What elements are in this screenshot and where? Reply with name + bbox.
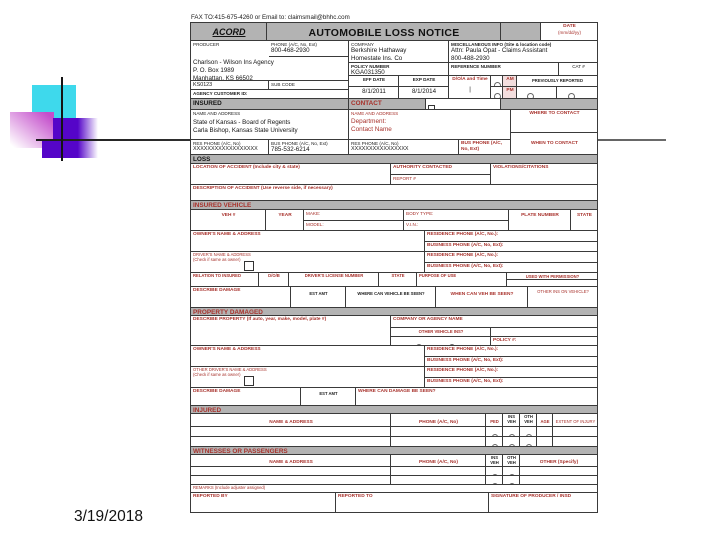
driver-res-phone-cell[interactable]: RESIDENCE PHONE (A/C, No.): xyxy=(425,252,598,263)
injured-row1-phone[interactable] xyxy=(391,427,486,437)
witness-name-header: NAME & ADDRESS xyxy=(191,455,391,467)
am-radio-cell[interactable] xyxy=(491,76,503,87)
veh-est-amt-label: EST AMT xyxy=(293,288,344,297)
where-vehicle-seen-cell[interactable]: WHERE CAN VEHICLE BE SEEN? xyxy=(346,287,436,308)
loss-location-label: LOCATION OF ACCIDENT (Include city & sta… xyxy=(193,165,389,171)
driver-res-phone-label: RESIDENCE PHONE (A/C, No.): xyxy=(427,253,596,259)
injured-row2-phone[interactable] xyxy=(391,437,486,447)
injured-extent-header: EXTENT OF INJURY xyxy=(553,414,598,427)
property-owner-bus-label: BUSINESS PHONE (A/C, No, Ext): xyxy=(427,358,596,364)
veh-year-label: YEAR xyxy=(268,211,302,219)
reported-by-label: REPORTED BY xyxy=(193,494,334,500)
accident-description-cell[interactable]: DESCRIPTION OF ACCIDENT (Use reverse sid… xyxy=(191,185,598,201)
misc-line2: 800-488-2930 xyxy=(451,55,596,63)
veh-driver-check-note: (Check if same as owner) xyxy=(193,258,423,263)
injured-row1-insveh[interactable] xyxy=(503,427,520,437)
veh-number-cell[interactable]: VEH # xyxy=(191,210,266,231)
veh-state-label: STATE xyxy=(573,211,596,219)
misc-info-cell[interactable]: MISCELLANEOUS INFO (Site & location code… xyxy=(449,41,598,63)
contact-bus-phone-label: BUS PHONE (A/C, No, Ext) xyxy=(461,141,509,152)
header-gray-stub xyxy=(501,23,541,41)
witness-row1-othveh[interactable] xyxy=(503,467,520,476)
dob-label: D/O/B xyxy=(261,274,287,279)
where-to-contact-label: WHERE TO CONTACT xyxy=(513,111,596,117)
witness-insveh-header: INS VEH xyxy=(486,455,503,467)
reference-number-label: REFERENCE NUMBER xyxy=(451,64,557,69)
witness-row2-phone[interactable] xyxy=(391,476,486,485)
witness-row2-other[interactable] xyxy=(520,476,598,485)
veh-plate-cell[interactable]: PLATE NUMBER xyxy=(509,210,571,231)
property-section-label: PROPERTY DAMAGED xyxy=(193,309,596,316)
where-damage-seen-cell[interactable]: WHERE CAN DAMAGE BE SEEN? xyxy=(356,388,598,406)
report-number-cell[interactable]: REPORT # xyxy=(391,175,491,185)
veh-est-amt-cell[interactable]: EST AMT xyxy=(291,287,346,308)
injured-row1-name[interactable] xyxy=(191,427,391,437)
doa-time-value: | xyxy=(451,86,489,94)
when-to-contact-label: WHEN TO CONTACT xyxy=(513,134,596,147)
presentation-slide: FAX TO:415-675-4260 or Email to: claimsm… xyxy=(0,0,720,540)
contact-section-label: CONTACT xyxy=(351,100,424,108)
witness-row1-other[interactable] xyxy=(520,467,598,476)
insured-res-phone-value: XXXXXXXXXXXXXXXXXX xyxy=(193,146,267,154)
eff-date-value: 8/1/2011 xyxy=(351,88,397,96)
veh-owner-cell[interactable]: OWNER'S NAME & ADDRESS xyxy=(191,231,425,252)
license-number-cell[interactable]: DRIVER'S LICENSE NUMBER xyxy=(289,273,379,287)
permission-label-cell: USED WITH PERMISSION? xyxy=(507,273,598,280)
insured-name-label: NAME AND ADDRESS xyxy=(193,111,347,116)
date-box[interactable]: DATE (mm/dd/yy) xyxy=(541,23,598,41)
witness-other-header: OTHER (Specify) xyxy=(520,455,598,467)
witness-row2-othveh[interactable] xyxy=(503,476,520,485)
other-driver-bus-label: BUSINESS PHONE (A/C, No, Ext): xyxy=(427,379,596,385)
veh-model-label: MODEL: xyxy=(306,222,402,227)
injured-row2-othveh[interactable] xyxy=(520,437,537,447)
contact-name-label: NAME AND ADDRESS xyxy=(351,111,509,116)
relation-label: RELATION TO INSURED xyxy=(193,274,257,279)
purpose-of-use-label: PURPOSE OF USE xyxy=(419,274,505,279)
witness-othveh-header: OTH VEH xyxy=(503,455,520,467)
policy-number-value: KGA031350 xyxy=(351,69,447,76)
previously-reported-cell: PREVIOUSLY REPORTED xyxy=(517,76,598,87)
policy-number-cell[interactable]: POLICY NUMBER KGA031350 xyxy=(349,63,449,76)
subcode-cell[interactable]: SUB CODE xyxy=(269,81,349,90)
remarks-label: REMARKS (Include adjuster assigned) xyxy=(193,486,596,491)
injured-row2-insveh[interactable] xyxy=(503,437,520,447)
other-driver-bus-cell[interactable]: BUSINESS PHONE (A/C, No, Ext): xyxy=(425,378,598,388)
prev-reported-yes-cell[interactable]: YES xyxy=(517,87,557,99)
decor-purple-notch xyxy=(42,141,54,158)
other-vehicle-ins-cell: OTHER VEHICLE INS? xyxy=(391,328,491,337)
insured-line1: State of Kansas - Board of Regents xyxy=(193,119,347,127)
agency-customer-id-label: AGENCY CUSTOMER ID: xyxy=(193,91,347,96)
property-owner-cell[interactable]: OWNER'S NAME & ADDRESS xyxy=(191,346,425,367)
accident-description-label: DESCRIPTION OF ACCIDENT (Use reverse sid… xyxy=(193,186,596,192)
code-cell[interactable]: KS0123 xyxy=(191,81,269,90)
violations-cell[interactable]: VIOLATIONS/CITATIONS xyxy=(491,164,598,185)
where-damage-seen-label: WHERE CAN DAMAGE BE SEEN? xyxy=(358,389,596,395)
property-owner-res-label: RESIDENCE PHONE (A/C, No.): xyxy=(427,347,596,353)
relation-cell[interactable]: RELATION TO INSURED xyxy=(191,273,259,287)
contact-line1: Department: xyxy=(351,118,509,126)
insured-section-bar: INSURED xyxy=(191,99,349,110)
same-as-insured-cell[interactable]: SAME AS INSURED xyxy=(426,99,501,110)
veh-owner-label: OWNER'S NAME & ADDRESS xyxy=(193,232,423,238)
loss-section-label: LOSS xyxy=(193,156,596,163)
reference-number-cell[interactable]: REFERENCE NUMBER xyxy=(449,63,559,76)
injured-row1-age[interactable] xyxy=(537,427,553,437)
witnesses-section-bar: WITNESSES OR PASSENGERS xyxy=(191,447,598,455)
reported-to-cell[interactable]: REPORTED TO xyxy=(336,493,489,513)
eff-date-value-cell[interactable]: 8/1/2011 xyxy=(349,87,399,99)
contact-res-phone-cell[interactable]: RES PHONE (A/C, No) XXXXXXXXXXXXXXXX xyxy=(349,140,459,155)
property-est-amt-cell[interactable]: EST AMT xyxy=(301,388,356,406)
am-label: AM xyxy=(505,77,515,83)
producer-phone-cell[interactable]: PHONE (A/C, No, Ext) 800-468-2930 xyxy=(269,41,349,57)
company-line1: Berkshire Hathaway xyxy=(351,47,447,55)
other-ins-vehicle-label: OTHER INS ON VEHICLE? xyxy=(530,288,596,295)
injured-age-label: AGE xyxy=(539,415,551,425)
exp-date-value: 8/1/2014 xyxy=(401,88,447,96)
injured-phone-header: PHONE (A/C, No) xyxy=(391,414,486,427)
subcode-label: SUB CODE xyxy=(271,82,347,87)
where-to-contact-cell[interactable]: WHERE TO CONTACT xyxy=(511,110,598,133)
witness-row1-insveh[interactable] xyxy=(486,467,503,476)
other-driver-same-owner-checkbox[interactable] xyxy=(244,376,254,386)
agency-customer-id-cell[interactable]: AGENCY CUSTOMER ID: xyxy=(191,90,349,99)
injured-row2-ped[interactable] xyxy=(486,437,503,447)
contact-bus-phone-cell[interactable]: BUS PHONE (A/C, No, Ext) xyxy=(459,140,511,155)
witness-phone-label: PHONE (A/C, No) xyxy=(393,456,484,466)
witness-phone-header: PHONE (A/C, No) xyxy=(391,455,486,467)
witness-row1-phone[interactable] xyxy=(391,467,486,476)
injured-insveh-header: INS VEH xyxy=(503,414,520,427)
form-title: AUTOMOBILE LOSS NOTICE xyxy=(269,24,499,39)
driver-same-owner-checkbox[interactable] xyxy=(244,261,254,271)
signature-label: SIGNATURE OF PRODUCER / INSD xyxy=(491,494,596,500)
insured-line2: Carla Bishop, Kansas State University xyxy=(193,127,347,135)
witness-name-label: NAME & ADDRESS xyxy=(193,456,389,466)
permission-yn-cell[interactable]: YES NO xyxy=(507,280,598,287)
witness-other-label: OTHER (Specify) xyxy=(522,456,596,466)
company-cell[interactable]: COMPANY Berkshire Hathaway Homestate Ins… xyxy=(349,41,449,63)
other-driver-res-cell[interactable]: RESIDENCE PHONE (A/C, No.): xyxy=(425,367,598,378)
injured-section-bar: INJURED xyxy=(191,406,598,414)
veh-damage-cell[interactable]: DESCRIBE DAMAGE xyxy=(191,287,291,308)
reported-to-label: REPORTED TO xyxy=(338,494,487,500)
loss-location-cell[interactable]: LOCATION OF ACCIDENT (Include city & sta… xyxy=(191,164,391,185)
injured-phone-label: PHONE (A/C, No) xyxy=(393,415,484,426)
violations-label: VIOLATIONS/CITATIONS xyxy=(493,165,596,171)
other-driver-res-label: RESIDENCE PHONE (A/C, No.): xyxy=(427,368,596,374)
veh-plate-label: PLATE NUMBER xyxy=(511,211,569,219)
property-policy-cell[interactable]: POLICY #: xyxy=(491,337,598,346)
signature-cell[interactable]: SIGNATURE OF PRODUCER / INSD xyxy=(489,493,598,513)
witness-insveh-label: INS VEH xyxy=(488,456,501,466)
other-vehicle-ins-label: OTHER VEHICLE INS? xyxy=(393,329,489,335)
veh-vin-cell[interactable]: V.I.N.: xyxy=(404,221,509,231)
purpose-of-use-cell[interactable]: PURPOSE OF USE xyxy=(417,273,507,287)
witness-row1-name[interactable] xyxy=(191,467,391,476)
loss-section-bar: LOSS xyxy=(191,155,598,164)
veh-make-label: MAKE: xyxy=(306,211,402,216)
other-ins-vehicle-cell[interactable]: OTHER INS ON VEHICLE? xyxy=(528,287,598,308)
pm-label: PM xyxy=(505,88,515,94)
eff-date-label: EFF DATE xyxy=(351,77,397,82)
owner-bus-phone-label: BUSINESS PHONE (A/C, No, Ext): xyxy=(427,243,596,249)
other-vehicle-ins-yn-cell[interactable]: YES NO xyxy=(391,337,491,346)
injured-insveh-label: INS VEH xyxy=(505,415,518,425)
decor-purple-square xyxy=(53,118,98,158)
am-label-cell: AM xyxy=(503,76,517,87)
authority-contacted-cell[interactable]: AUTHORITY CONTACTED xyxy=(391,164,491,175)
when-to-contact-cell[interactable]: WHEN TO CONTACT xyxy=(511,133,598,155)
injured-othveh-header: OTH VEH xyxy=(520,414,537,427)
insured-bus-phone-value: 785-532-6214 xyxy=(271,146,347,154)
prev-reported-no-cell[interactable]: NO xyxy=(557,87,598,99)
license-state-label: STATE xyxy=(381,274,415,279)
contact-res-phone-value: XXXXXXXXXXXXXXXX xyxy=(351,146,457,154)
injured-name-label: NAME & ADDRESS xyxy=(193,415,389,426)
owner-res-phone-label: RESIDENCE PHONE (A/C, No.): xyxy=(427,232,596,238)
contact-bar-filler xyxy=(501,99,598,110)
veh-model-cell[interactable]: MODEL: xyxy=(304,221,404,231)
injured-age-header: AGE xyxy=(537,414,553,427)
veh-number-label: VEH # xyxy=(193,211,264,219)
veh-body-cell[interactable]: BODY TYPE: xyxy=(404,210,509,221)
property-owner-label: OWNER'S NAME & ADDRESS xyxy=(193,347,423,353)
permission-label: USED WITH PERMISSION? xyxy=(509,274,596,279)
insured-section-label: INSURED xyxy=(193,100,347,108)
injured-row2-extent[interactable] xyxy=(553,437,598,447)
describe-property-cell[interactable]: DESCRIBE PROPERTY (If auto, year, make, … xyxy=(191,316,391,346)
decor-vertical-line xyxy=(61,77,63,161)
veh-damage-label: DESCRIBE DAMAGE xyxy=(193,288,289,294)
producer-phone-value: 800-468-2930 xyxy=(271,47,347,55)
exp-date-label: EXP DATE xyxy=(401,77,447,82)
injured-ped-label: PED xyxy=(488,415,501,425)
company-line2: Homestate Ins. Co xyxy=(351,55,447,63)
pm-label-cell: PM xyxy=(503,87,517,99)
insured-res-phone-cell[interactable]: RES PHONE (A/C, No) XXXXXXXXXXXXXXXXXX xyxy=(191,140,269,155)
date-format-label: (mm/dd/yy) xyxy=(543,30,596,35)
contact-line2: Contact Name xyxy=(351,126,509,134)
doa-time-label: D/O/A and Time xyxy=(451,77,489,83)
report-number-label: REPORT # xyxy=(393,176,489,181)
company-agency-label: COMPANY OR AGENCY NAME xyxy=(393,317,596,323)
property-owner-bus-cell[interactable]: BUSINESS PHONE (A/C, No, Ext): xyxy=(425,357,598,367)
witness-row2-insveh[interactable] xyxy=(486,476,503,485)
previously-reported-label: PREVIOUSLY REPORTED xyxy=(519,77,596,84)
injured-row1-extent[interactable] xyxy=(553,427,598,437)
property-owner-res-cell[interactable]: RESIDENCE PHONE (A/C, No.): xyxy=(425,346,598,357)
license-state-cell[interactable]: STATE xyxy=(379,273,417,287)
acord-logo-cell: ACORD xyxy=(191,23,267,41)
acord-loss-notice-form: FAX TO:415-675-4260 or Email to: claimsm… xyxy=(190,22,598,513)
producer-line2: P. O. Box 1989 xyxy=(193,67,347,75)
remarks-cell[interactable]: REMARKS (Include adjuster assigned) xyxy=(191,485,598,493)
veh-make-cell[interactable]: MAKE: xyxy=(304,210,404,221)
other-ins-blank-cell[interactable] xyxy=(491,328,598,337)
injured-extent-label: EXTENT OF INJURY xyxy=(555,415,596,425)
when-vehicle-seen-cell[interactable]: WHEN CAN VEH BE SEEN? xyxy=(436,287,528,308)
code-value: KS0123 xyxy=(193,82,267,88)
when-vehicle-seen-label: WHEN CAN VEH BE SEEN? xyxy=(438,288,526,298)
property-policy-label: POLICY #: xyxy=(493,338,596,344)
property-est-amt-label: EST AMT xyxy=(303,389,354,397)
acord-logo: ACORD xyxy=(193,24,265,37)
vehicle-section-label: INSURED VEHICLE xyxy=(193,202,596,209)
witness-othveh-label: OTH VEH xyxy=(505,456,518,466)
driver-bus-phone-label: BUSINESS PHONE (A/C, No, Ext): xyxy=(427,264,596,270)
cat-number-label: CAT # xyxy=(561,64,596,69)
owner-bus-phone-cell[interactable]: BUSINESS PHONE (A/C, No, Ext): xyxy=(425,242,598,252)
injured-section-label: INJURED xyxy=(193,407,596,414)
eff-date-header: EFF DATE xyxy=(349,76,399,87)
veh-driver-cell[interactable]: DRIVER'S NAME & ADDRESS (Check if same a… xyxy=(191,252,425,273)
insured-name-cell[interactable]: NAME AND ADDRESS State of Kansas - Board… xyxy=(191,110,349,140)
vehicle-section-bar: INSURED VEHICLE xyxy=(191,201,598,210)
pm-radio-cell[interactable] xyxy=(491,87,503,99)
exp-date-value-cell[interactable]: 8/1/2014 xyxy=(399,87,449,99)
insured-bus-phone-cell[interactable]: BUS PHONE (A/C, No, Ext) 785-532-6214 xyxy=(269,140,349,155)
witnesses-section-label: WITNESSES OR PASSENGERS xyxy=(193,448,596,455)
authority-contacted-label: AUTHORITY CONTACTED xyxy=(393,165,489,171)
dob-cell[interactable]: D/O/B xyxy=(259,273,289,287)
producer-line1: Charlson - Wilson Ins Agency xyxy=(193,59,347,67)
injured-row1-othveh[interactable] xyxy=(520,427,537,437)
contact-name-cell[interactable]: NAME AND ADDRESS Department: Contact Nam… xyxy=(349,110,511,140)
fax-instruction-line: FAX TO:415-675-4260 or Email to: claimsm… xyxy=(191,14,350,21)
injured-name-header: NAME & ADDRESS xyxy=(191,414,391,427)
injured-othveh-label: OTH VEH xyxy=(522,415,535,425)
injured-ped-header: PED xyxy=(486,414,503,427)
property-section-bar: PROPERTY DAMAGED xyxy=(191,308,598,316)
injured-row1-ped[interactable] xyxy=(486,427,503,437)
veh-body-label: BODY TYPE: xyxy=(406,211,507,216)
property-damage-cell[interactable]: DESCRIBE DAMAGE xyxy=(191,388,301,406)
slide-date: 3/19/2018 xyxy=(74,508,143,526)
driver-bus-phone-cell[interactable]: BUSINESS PHONE (A/C, No, Ext): xyxy=(425,263,598,273)
injured-row2-name[interactable] xyxy=(191,437,391,447)
company-agency-cell[interactable]: COMPANY OR AGENCY NAME xyxy=(391,316,598,328)
describe-property-label: DESCRIBE PROPERTY (If auto, year, make, … xyxy=(193,317,389,323)
veh-state-cell[interactable]: STATE xyxy=(571,210,598,231)
other-driver-check-note: (Check if same as owner) xyxy=(193,373,423,378)
veh-vin-label: V.I.N.: xyxy=(406,222,507,227)
veh-year-cell[interactable]: YEAR xyxy=(266,210,304,231)
property-damage-label: DESCRIBE DAMAGE xyxy=(193,389,299,395)
form-title-cell: AUTOMOBILE LOSS NOTICE xyxy=(267,23,501,41)
doa-time-cell[interactable]: D/O/A and Time | xyxy=(449,76,491,99)
owner-res-phone-cell[interactable]: RESIDENCE PHONE (A/C, No.): xyxy=(425,231,598,242)
license-number-label: DRIVER'S LICENSE NUMBER xyxy=(291,274,377,279)
where-vehicle-seen-label: WHERE CAN VEHICLE BE SEEN? xyxy=(348,288,434,297)
exp-date-header: EXP DATE xyxy=(399,76,449,87)
other-driver-cell[interactable]: OTHER DRIVER'S NAME & ADDRESS (Check if … xyxy=(191,367,425,388)
witness-row2-name[interactable] xyxy=(191,476,391,485)
misc-line1: Attn: Paula Opat - Claims Assistant xyxy=(451,47,596,55)
cat-number-cell[interactable]: CAT # xyxy=(559,63,598,76)
contact-section-bar: CONTACT xyxy=(349,99,426,110)
reported-by-cell[interactable]: REPORTED BY xyxy=(191,493,336,513)
injured-row2-age[interactable] xyxy=(537,437,553,447)
